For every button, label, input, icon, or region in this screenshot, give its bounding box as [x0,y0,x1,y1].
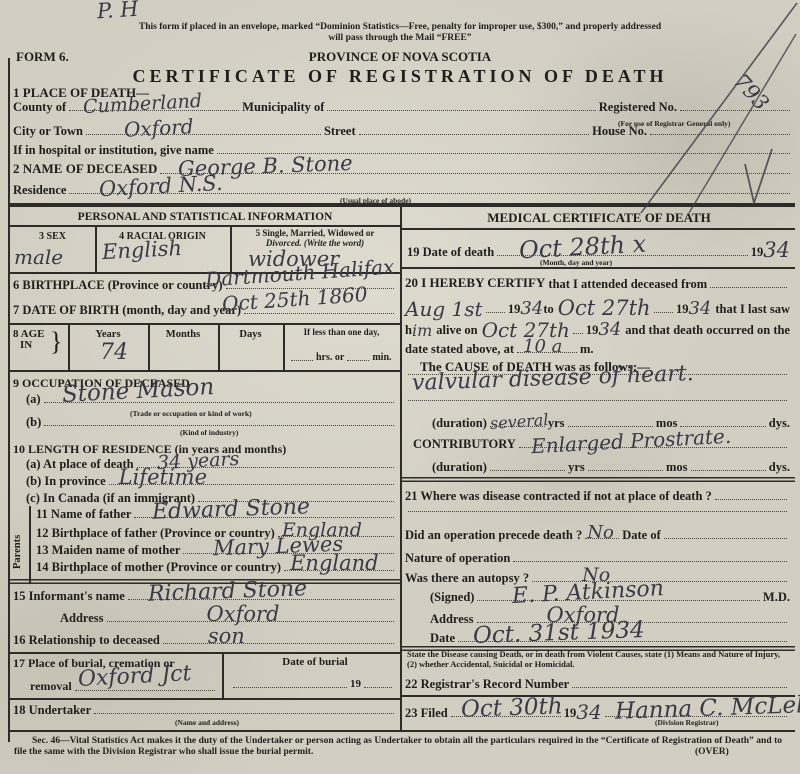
rule [8,652,400,654]
father-name-label: 11 Name of father [36,507,131,521]
sec46-footer-note: Sec. 46—Vital Statistics Act makes it th… [14,736,782,758]
burial-date-line-2 [364,687,392,688]
burial-date-label: Date of burial [240,656,390,669]
medical-certificate-heading: MEDICAL CERTIFICATE OF DEATH [403,211,795,226]
h-print: h [405,323,412,337]
duration2-dys-label: dys. [769,460,790,474]
certify-rest: that I attended deceased from [548,277,707,291]
last-saw-text: that I last saw [715,302,790,316]
occupation-a-label: (a) [26,392,41,406]
residence-b-label: (b) In province [26,474,106,488]
operation-answer-handwriting: No [587,524,614,542]
county-label: County of [13,100,66,114]
hrs-label: hrs. or [316,352,344,364]
age-months-label: Months [148,329,218,341]
city-line: Oxford [86,134,321,135]
registered-no-label: Registered No. [599,100,677,114]
date-of-death-line: Oct 28th x [497,255,748,256]
to-year-handwriting: 34 [688,300,711,318]
relationship-label: 16 Relationship to deceased [13,633,160,647]
undertaker-label: 18 Undertaker [13,703,91,717]
page-left-border [8,58,10,742]
h-suffix-handwriting: im [412,323,432,339]
marital-status-label-1: 5 Single, Married, Widowed or [232,228,398,238]
certify-bold: 20 I HEREBY CERTIFY [405,276,545,291]
informant-name-label: 15 Informant's name [13,589,125,603]
province-heading: PROVINCE OF NOVA SCOTIA [100,50,700,65]
filed-label: 23 Filed [405,706,448,720]
house-no-label: House No. [592,124,647,138]
residence-value-handwriting: Oxford N.S. [99,173,224,200]
certificate-date-line: Oct. 31st 1934 [458,641,787,642]
certify-from-line [710,287,787,288]
occupation-b-label: (b) [26,415,41,429]
undertaker-line [94,713,394,714]
residence-b-handwriting: Lifetime [119,467,207,488]
time-handwriting: 10 a [523,338,562,356]
length-residence-heading: 10 LENGTH OF RESIDENCE (in years and mon… [13,443,286,457]
registrar-record-label: 22 Registrar's Record Number [405,677,569,691]
duration2-line [490,470,565,471]
contributory-handwriting: Enlarged Prostrate. [530,426,731,456]
attended-to-handwriting: Oct 27th [558,298,651,319]
alive-line [573,333,583,334]
hospital-label: If in hospital or institution, give name [13,143,214,157]
to-year-print: 19 [676,302,689,316]
dob-label: 7 DATE OF BIRTH (month, day and year) [13,303,241,317]
residence-line: Oxford N.S. [69,193,790,194]
date-of-death-handwriting: Oct 28th x [519,232,647,263]
bottom-border-rule [8,730,795,732]
certificate-date-handwriting: Oct. 31st 1934 [473,619,645,648]
registrar-signature-line: Hanna C. McLelan [605,716,787,717]
signed-line: E. P. Atkinson [477,600,759,601]
residence-a-label: (a) At place of death [26,457,134,471]
informant-name-line: Richard Stone [128,599,394,600]
filed-date-handwriting: Oct 30th [460,695,562,722]
disease-contracted-line-2 [408,511,787,512]
min-label: min. [372,352,391,364]
dob-line [244,313,394,314]
duration-yrs-line [568,426,653,427]
residence-b-line: Lifetime [109,484,394,485]
rule [400,228,795,230]
operation-date-line [664,538,787,539]
house-no-line [650,134,790,135]
residence-label: Residence [13,183,66,197]
rule [8,370,400,372]
filed-year-handwriting: 34 [576,702,601,722]
contributory-line: Enlarged Prostrate. [519,447,787,448]
duration2-mos-label: mos [666,460,688,474]
alive-year-print: 19 [586,323,599,337]
mother-birthplace-label: 14 Birthplace of mother (Province or cou… [36,560,281,574]
age-brace: } [50,327,62,357]
m-label: m. [580,342,594,356]
min-line [347,360,369,361]
burial-place-handwriting: Oxford Jct [78,663,192,691]
personal-info-heading: PERSONAL AND STATISTICAL INFORMATION [10,211,400,224]
operation-question: Did an operation precede death ? [405,528,582,542]
rule [8,323,400,325]
city-label: City or Town [13,124,83,138]
sex-value-handwriting: male [14,247,63,267]
occupation-b-line [44,425,394,426]
informant-address-label: Address [60,611,104,625]
burial-place-label-2: removal [30,680,72,694]
city-value-handwriting: Oxford [123,117,193,141]
age-less-than-day-label: If less than one day, [285,327,398,337]
occurred-text: and that death occurred on the [625,323,790,337]
mail-notice-line2: will pass through the Mail “FREE” [60,33,740,44]
undertaker-note: (Name and address) [175,718,239,727]
operation-line: No [585,538,619,539]
handwritten-top-annotation: P. H [96,0,139,22]
duration2-yrs-label: yrs [568,460,585,474]
municipality-line [327,110,595,111]
age-years-handwriting: 74 [100,342,128,364]
rule [8,225,400,227]
section-divider-rule [8,203,795,207]
relationship-handwriting: son [208,626,245,647]
rule [8,698,400,700]
attended-from-handwriting: Aug 1st [405,299,483,319]
informant-address-line: Oxford [107,621,394,622]
father-name-line: Edward Stone [134,517,394,518]
violent-causes-note: State the Disease causing Death, or in d… [407,650,790,670]
from-year-print: 19 [508,302,521,316]
duration-label: (duration) [432,416,487,430]
county-line: Cumberland [69,110,239,111]
sex-label: 3 SEX [10,231,95,243]
occupation-b-note: (Kind of industry) [180,428,238,437]
mail-notice-line1: This form if placed in an envelope, mark… [60,22,740,33]
racial-origin-handwriting: English [102,238,183,263]
mother-birthplace-line: England [284,570,394,571]
death-certificate-scan: P. H This form if placed in an envelope,… [0,0,800,774]
contributory-label: CONTRIBUTORY [413,437,516,451]
physician-address-label: Address [430,612,474,626]
duration2-label: (duration) [432,460,487,474]
date-of-death-year-handwriting: 34 [763,240,790,261]
burial-date-year: 19 [350,678,361,691]
duration2-mos-line [691,470,766,471]
relationship-line: son [163,643,394,644]
registered-no-line [680,110,790,111]
column-divider [400,207,402,730]
hrs-line [291,360,313,361]
alive-on-text: alive on [436,323,477,337]
md-label: M.D. [763,590,790,604]
parents-label: Parents [12,519,24,569]
over-label: (OVER) [695,747,729,758]
rule [400,477,795,482]
duration-line: several [490,426,545,427]
mother-birthplace-handwriting: England [290,553,379,574]
registrar-record-line [572,687,787,688]
form-number: FORM 6. [16,50,69,65]
mother-name-label: 13 Maiden name of mother [36,543,180,557]
informant-address-handwriting: Oxford [207,604,280,625]
street-label: Street [324,124,356,138]
time-line: 10 a [517,352,577,353]
duration-yrs-label: yrs [548,416,565,430]
age-days-label: Days [218,329,283,341]
operation-date-of-label: Date of [622,528,661,542]
nature-of-operation-label: Nature of operation [405,551,510,565]
birthplace-label: 6 BIRTHPLACE (Province or country) [13,278,223,292]
signed-label: (Signed) [430,590,474,604]
burial-date-line [233,687,347,688]
burial-cell-divider [222,652,224,698]
date-of-death-label: 19 Date of death [407,245,494,259]
duration-dys-label: dys. [769,416,790,430]
from-year-handwriting: 34 [520,300,543,318]
to-line [654,312,673,313]
filed-line: Oct 30th [451,716,561,717]
date-of-death-year-print: 19 [751,245,764,259]
rule [400,267,795,269]
disease-contracted-question: 21 Where was disease contracted if not a… [405,489,712,503]
duration-handwriting: several [489,412,548,432]
certificate-date-label: Date [430,631,455,645]
disease-contracted-line [715,499,787,500]
from-line [486,312,505,313]
age-label-2: IN [20,339,32,352]
parents-bracket-line [29,506,31,583]
filed-year-print: 19 [564,706,577,720]
cause-line-2 [408,400,787,401]
deceased-name-line: George B. Stone [160,173,790,174]
nature-of-operation-line [513,561,787,562]
certificate-title: CERTIFICATE OF REGISTRATION OF DEATH [0,66,800,87]
alive-year-handwriting: 34 [598,321,621,339]
duration2-yrs-line [588,470,663,471]
to-word: to [543,302,553,316]
registrar-signature-handwriting: Hanna C. McLelan [614,693,800,724]
date-stated-text: date stated above, at [405,342,514,356]
municipality-label: Municipality of [242,100,324,114]
street-line [359,134,589,135]
